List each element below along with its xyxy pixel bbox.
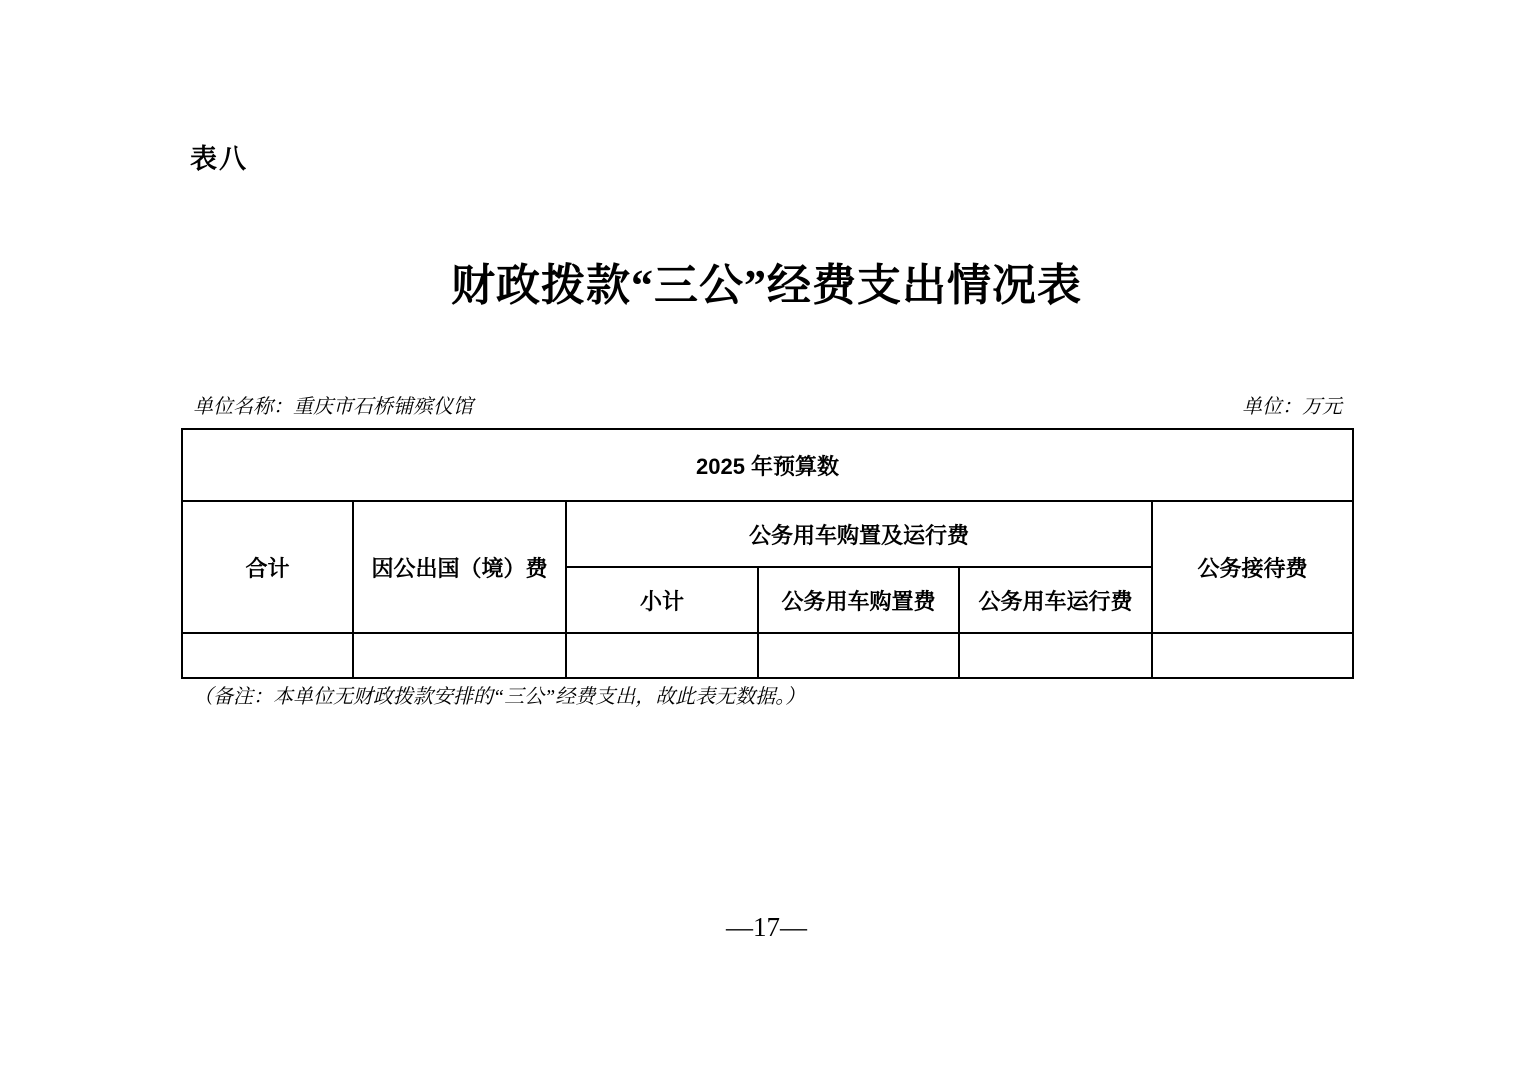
unit-measure-label: 单位：万元 <box>1242 395 1352 419</box>
column-header-reception: 公务接待费 <box>1152 501 1353 633</box>
three-public-expense-table: 2025 年预算数 合计 因公出国（境）费 公务用车购置及运行费 公务接待费 小… <box>181 428 1354 679</box>
table-row-group-header: 合计 因公出国（境）费 公务用车购置及运行费 公务接待费 <box>182 501 1353 567</box>
table-note: （备注：本单位无财政拨款安排的“三公”经费支出，故此表无数据。） <box>193 684 805 710</box>
data-cell-total <box>182 633 353 678</box>
data-cell-vehicle-operation <box>959 633 1152 678</box>
data-cell-vehicle-subtotal <box>566 633 758 678</box>
column-header-vehicle-subtotal: 小计 <box>566 567 758 633</box>
page-number: —17— <box>181 911 1352 943</box>
column-header-abroad: 因公出国（境）费 <box>353 501 566 633</box>
table-meta-row: 单位名称：重庆市石桥铺殡仪馆 单位：万元 <box>181 395 1352 419</box>
column-header-vehicle-purchase: 公务用车购置费 <box>758 567 959 633</box>
table-row-year: 2025 年预算数 <box>182 429 1353 501</box>
column-header-vehicle-operation: 公务用车运行费 <box>959 567 1152 633</box>
table-row-data <box>182 633 1353 678</box>
page-title: 财政拨款“三公”经费支出情况表 <box>181 260 1352 312</box>
column-header-total: 合计 <box>182 501 353 633</box>
unit-name-label: 单位名称：重庆市石桥铺殡仪馆 <box>181 395 473 419</box>
data-cell-abroad <box>353 633 566 678</box>
data-cell-reception <box>1152 633 1353 678</box>
column-header-vehicle-group: 公务用车购置及运行费 <box>566 501 1152 567</box>
document-page: 表八 财政拨款“三公”经费支出情况表 单位名称：重庆市石桥铺殡仪馆 单位：万元 … <box>0 0 1520 1074</box>
table-sequence-label: 表八 <box>190 143 248 175</box>
data-cell-vehicle-purchase <box>758 633 959 678</box>
year-header-cell: 2025 年预算数 <box>182 429 1353 501</box>
